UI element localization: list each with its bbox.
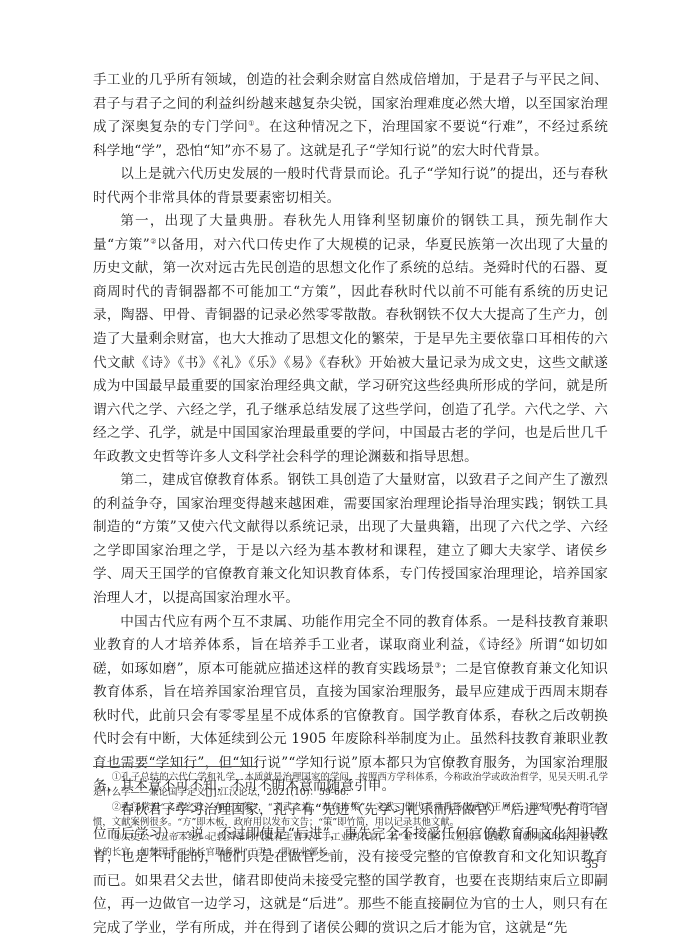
footnote-divider	[93, 766, 258, 767]
footnote-ref-2[interactable]: ②	[150, 237, 157, 245]
paragraph-3: 第一，出现了大量典册。春秋先人用锋利坚韧廉价的钢铁工具，预先制作大量“方策”②以…	[93, 210, 608, 469]
footnote-3: ③太史公《五帝本纪》记载舜帝时代就有主管天下手工业的长官，名“垂”（倕）；《左传…	[93, 830, 608, 860]
paragraph-text: 以上是就六代历史发展的一般时代背景而论。孔子“学知行说”的提出，还与春秋时代两个…	[93, 166, 608, 206]
page-number: 35	[585, 856, 598, 872]
paragraph-2: 以上是就六代历史发展的一般时代背景而论。孔子“学知行说”的提出，还与春秋时代两个…	[93, 163, 608, 210]
paragraph-text: 第二，建成官僚教育体系。钢铁工具创造了大量财富，以致君子之间产生了激烈的利益争夺…	[93, 472, 608, 606]
paragraph-4: 第二，建成官僚教育体系。钢铁工具创造了大量财富，以致君子之间产生了激烈的利益争夺…	[93, 469, 608, 610]
paragraph-1: 手工业的几乎所有领域，创造的社会剩余财富自然成倍增加，于是君子与平民之间、君子与…	[93, 69, 608, 163]
footnotes: ①孔子总结的六代仁学和礼学，本质就是治理国家的学问，按照西方学科体系，今称政治学…	[93, 770, 608, 860]
footnote-ref-1[interactable]: ①	[248, 120, 255, 128]
footnote-1: ①孔子总结的六代仁学和礼学，本质就是治理国家的学问，按照西方学科体系，今称政治学…	[93, 770, 608, 800]
paragraph-tail: 以备用，对六代口传史作了大规模的记录，华夏民族第一次出现了大量的历史文献，第一次…	[93, 237, 608, 465]
footnote-2: ②孔门常说“文武之政，布在方策”，“文武之道，布在方策”。文武，借代尧舜禹汤文武…	[93, 800, 608, 830]
